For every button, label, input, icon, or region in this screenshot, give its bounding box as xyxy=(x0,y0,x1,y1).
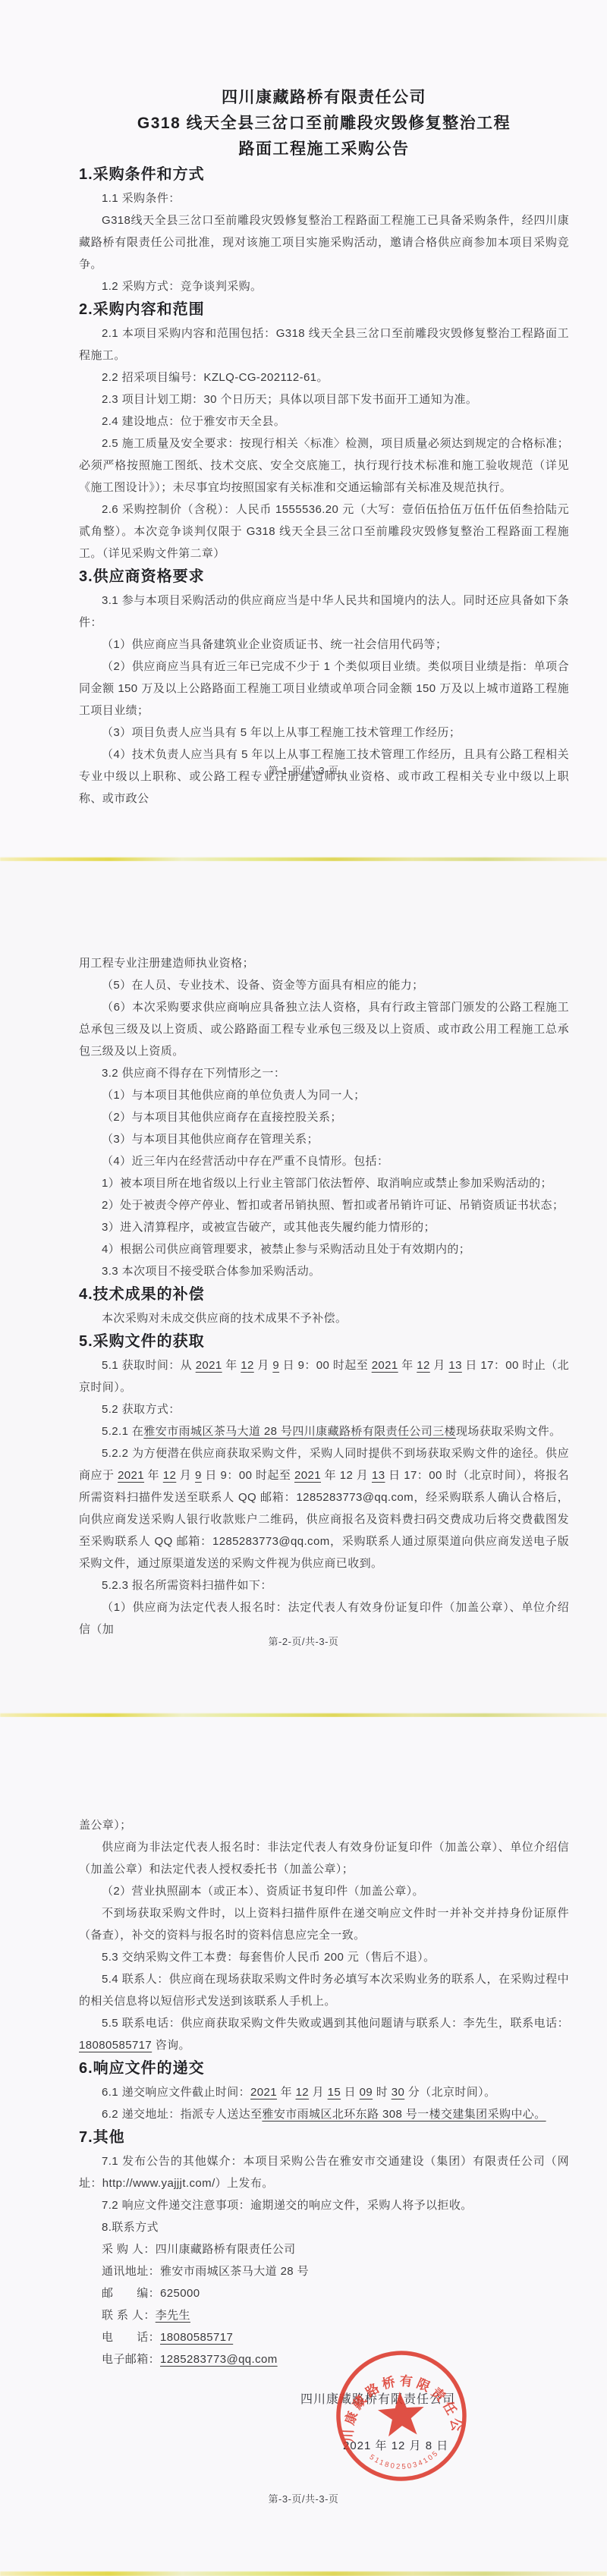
text-run: 日 9：00 时起至 xyxy=(202,1469,294,1482)
paragraph: 2.3 项目计划工期：30 个日历天；具体以项目部下发书面开工通知为准。 xyxy=(79,388,569,410)
paragraph: 不到场获取采购文件时，以上资料扫描件原件在递交响应文件时一并补交并持身份证原件（… xyxy=(79,1902,569,1946)
paragraph: （2）与本项目其他供应商存在直接控股关系； xyxy=(79,1106,569,1128)
text-run: 3）进入清算程序，或被宣告破产，或其他丧失履约能力情形的； xyxy=(102,1221,436,1234)
text-run: 年 12 月 xyxy=(321,1469,372,1482)
page-edge-separator xyxy=(0,2571,607,2576)
underlined-text-run: 1285283773@qq.com xyxy=(160,2353,278,2366)
paragraph: （3）与本项目其他供应商存在管理关系； xyxy=(79,1128,569,1150)
company-seal-stamp: 四川康藏路桥有限责任公司 5118025034105 xyxy=(328,2342,475,2490)
document-title-line: 路面工程施工采购公告 xyxy=(79,137,569,162)
underlined-text-run: 9 xyxy=(272,1359,279,1372)
text-run: 1）被本项目所在地省级以上行业主管部门依法暂停、取消响应或禁止参加采购活动的； xyxy=(102,1177,552,1190)
text-run: 6.1 递交响应文件截止时间： xyxy=(102,2086,250,2099)
paragraph: （2）供应商应当具有近三年已完成不少于 1 个类似项目业绩。类似项目业绩是指：单… xyxy=(79,656,569,722)
text-run: 月 xyxy=(254,1359,273,1372)
paragraph: （3）项目负责人应当具有 5 年以上从事工程施工技术管理工作经历； xyxy=(79,722,569,744)
underlined-text-run: 9 xyxy=(195,1469,202,1482)
text-run: 3.2 供应商不得存在下列情形之一： xyxy=(102,1067,285,1080)
text-run: 日 xyxy=(341,2086,360,2099)
paragraph: 邮 编：625000 xyxy=(79,2282,569,2304)
text-run: （2）供应商应当具有近三年已完成不少于 1 个类似项目业绩。类似项目业绩是指：单… xyxy=(79,660,569,717)
paragraph: 7.2 响应文件递交注意事项：逾期递交的响应文件，采购人将予以拒收。 xyxy=(79,2194,569,2216)
paragraph: 6.1 递交响应文件截止时间：2021 年 12 月 15 日 09 时 30 … xyxy=(79,2081,569,2103)
text-run: 供应商为非法定代表人报名时：非法定代表人有效身份证复印件（加盖公章）、单位介绍信… xyxy=(79,1841,569,1876)
text-run: （3）与本项目其他供应商存在管理关系； xyxy=(102,1133,319,1146)
paragraph: 2.2 招采项目编号：KZLQ-CG-202112-61。 xyxy=(79,366,569,388)
section-heading: 1.采购条件和方式 xyxy=(79,162,569,187)
text-run: 1.采购条件和方式 xyxy=(79,166,205,183)
underlined-text-run: 2021 xyxy=(118,1469,144,1482)
text-run: 6.2 递交地址：指派专人送达至 xyxy=(102,2108,262,2121)
text-run: 年 xyxy=(277,2086,296,2099)
paragraph: 4）根据公司供应商管理要求，被禁止参与采购活动且处于有效期内的； xyxy=(79,1238,569,1260)
underlined-text-run: 13 xyxy=(448,1359,462,1372)
document-title-line: G318 线天全县三岔口至前雕段灾毁修复整治工程 xyxy=(79,111,569,137)
text-run: 2.采购内容和范围 xyxy=(79,301,205,318)
text-run: （5）在人员、专业技术、设备、资金等方面具有相应的能力； xyxy=(102,979,424,992)
underlined-text-run: 18080585717 xyxy=(160,2331,233,2344)
text-run: （6）本次采购要求供应商响应具备独立法人资格，具有行政主管部门颁发的公路工程施工… xyxy=(79,1001,569,1058)
text-run: 通讯地址：雅安市雨城区茶马大道 28 号 xyxy=(102,2265,309,2278)
text-run: （2）与本项目其他供应商存在直接控股关系； xyxy=(102,1111,342,1124)
paragraph: 5.1 获取时间：从 2021 年 12 月 9 日 9：00 时起至 2021… xyxy=(79,1354,569,1398)
text-run: （3）项目负责人应当具有 5 年以上从事工程施工技术管理工作经历； xyxy=(102,726,461,739)
paragraph: 通讯地址：雅安市雨城区茶马大道 28 号 xyxy=(79,2260,569,2282)
text-run: 5.2.1 在 xyxy=(102,1425,143,1438)
underlined-text-run: 12 xyxy=(241,1359,254,1372)
underlined-text-run: 30 xyxy=(392,2086,405,2099)
text-run: 邮 编：625000 xyxy=(102,2287,200,2300)
paragraph: 3.1 参与本项目采购活动的供应商应当是中华人民共和国境内的法人。同时还应具备如… xyxy=(79,590,569,634)
paragraph: 3.2 供应商不得存在下列情形之一： xyxy=(79,1062,569,1084)
underlined-text-run: 2021 xyxy=(196,1359,222,1372)
text-run: 分（北京时间）。 xyxy=(404,2086,495,2099)
text-run: 2）处于被责令停产停业、暂扣或者吊销执照、暂扣或者吊销许可证、吊销资质证书状态； xyxy=(102,1199,564,1212)
text-run: 电子邮箱： xyxy=(102,2353,160,2366)
text-run: 电 话： xyxy=(102,2331,160,2344)
text-run: 5.2 获取方式： xyxy=(102,1403,181,1416)
text-run: 5.5 联系电话：供应商获取采购文件失败或遇到其他问题请与联系人：李先生，联系电… xyxy=(102,2017,569,2030)
paragraph: 5.5 联系电话：供应商获取采购文件失败或遇到其他问题请与联系人：李先生，联系电… xyxy=(79,2012,569,2056)
section-heading: 3.供应商资格要求 xyxy=(79,565,569,590)
text-run: 咨询。 xyxy=(152,2039,190,2052)
text-run: 8.联系方式 xyxy=(102,2221,159,2234)
text-run: 7.其他 xyxy=(79,2129,125,2146)
paragraph: （1）供应商应当具备建筑业企业资质证书、统一社会信用代码等； xyxy=(79,634,569,656)
text-run: 月 xyxy=(176,1469,195,1482)
paragraph: 7.1 发布公告的其他媒介：本项目采购公告在雅安市交通建设（集团）有限责任公司（… xyxy=(79,2150,569,2194)
paragraph: 电 话：18080585717 xyxy=(79,2326,569,2348)
paragraph: 用工程专业注册建造师执业资格； xyxy=(79,952,569,974)
paragraph: 1）被本项目所在地省级以上行业主管部门依法暂停、取消响应或禁止参加采购活动的； xyxy=(79,1172,569,1194)
document-title-line: 四川康藏路桥有限责任公司 xyxy=(79,85,569,111)
text-run: 采 购 人：四川康藏路桥有限责任公司 xyxy=(102,2243,296,2256)
underlined-text-run: 雅安市雨城区茶马大道 28 号四川康藏路桥有限责任公司三楼 xyxy=(143,1425,456,1438)
text-run: （2）营业执照副本（或正本）、资质证书复印件（加盖公章）。 xyxy=(102,1885,424,1898)
text-run: 2.5 施工质量及安全要求：按现行相关〈标准〉检测，项目质量必须达到规定的合格标… xyxy=(79,437,569,494)
text-run: 3.供应商资格要求 xyxy=(79,568,205,585)
paragraph: 6.2 递交地址：指派专人送达至雅安市雨城区北环东路 308 号一楼交建集团采购… xyxy=(79,2103,569,2125)
text-run: 2.3 项目计划工期：30 个日历天；具体以项目部下发书面开工通知为准。 xyxy=(102,393,477,406)
underlined-text-run: 15 xyxy=(328,2086,341,2099)
paragraph: 1.1 采购条件： xyxy=(79,187,569,209)
text-run: 3.1 参与本项目采购活动的供应商应当是中华人民共和国境内的法人。同时还应具备如… xyxy=(79,594,569,629)
text-run: 月 xyxy=(309,2086,328,2099)
paragraph: 5.2.3 报名所需资料扫描件如下： xyxy=(79,1574,569,1596)
paragraph: 电子邮箱：1285283773@qq.com xyxy=(79,2348,569,2370)
text-run: 联 系 人： xyxy=(102,2309,156,2322)
text-run: （1）与本项目其他供应商的单位负责人为同一人； xyxy=(102,1089,366,1102)
text-run: 5.3 交纳采购文件工本费：每套售价人民币 200 元（售后不退）。 xyxy=(102,1951,435,1964)
underlined-text-run: 12 xyxy=(417,1359,430,1372)
paragraph: 2.6 采购控制价（含税）：人民币 1555536.20 元（大写：壹佰伍拾伍万… xyxy=(79,499,569,565)
text-run: 年 xyxy=(222,1359,241,1372)
text-run: 2.4 建设地点：位于雅安市天全县。 xyxy=(102,415,285,428)
paragraph: 2）处于被责令停产停业、暂扣或者吊销执照、暂扣或者吊销许可证、吊销资质证书状态； xyxy=(79,1194,569,1216)
page-1-content: 四川康藏路桥有限责任公司G318 线天全县三岔口至前雕段灾毁修复整治工程路面工程… xyxy=(0,0,607,810)
document-page-3: 盖公章）；供应商为非法定代表人报名时：非法定代表人有效身份证复印件（加盖公章）、… xyxy=(0,1717,607,2571)
underlined-text-run: 雅安市雨城区北环东路 308 号一楼交建集团采购中心。 xyxy=(262,2108,546,2121)
paragraph: 2.1 本项目采购内容和范围包括：G318 线天全县三岔口至前雕段灾毁修复整治工… xyxy=(79,322,569,366)
paragraph: （2）营业执照副本（或正本）、资质证书复印件（加盖公章）。 xyxy=(79,1880,569,1902)
paragraph: （5）在人员、专业技术、设备、资金等方面具有相应的能力； xyxy=(79,974,569,996)
underlined-text-run: 09 xyxy=(360,2086,373,2099)
text-run: 本次采购对未成交供应商的技术成果不予补偿。 xyxy=(102,1312,347,1325)
page-1-footer: 第-1-页/共-3-页 xyxy=(0,763,607,777)
text-run: G318线天全县三岔口至前雕段灾毁修复整治工程路面工程施工已具备采购条件，经四川… xyxy=(79,214,569,271)
paragraph: 供应商为非法定代表人报名时：非法定代表人有效身份证复印件（加盖公章）、单位介绍信… xyxy=(79,1836,569,1880)
page-3-content: 盖公章）；供应商为非法定代表人报名时：非法定代表人有效身份证复印件（加盖公章）、… xyxy=(0,1717,607,2370)
text-run: 2.2 招采项目编号：KZLQ-CG-202112-61。 xyxy=(102,371,329,384)
paragraph: 采 购 人：四川康藏路桥有限责任公司 xyxy=(79,2238,569,2260)
underlined-text-run: 13 xyxy=(372,1469,385,1482)
text-run: 用工程专业注册建造师执业资格； xyxy=(79,957,254,970)
paragraph: 5.2.2 为方便潜在供应商获取采购文件，采购人同时提供不到场获取采购文件的途径… xyxy=(79,1442,569,1574)
text-run: 2.6 采购控制价（含税）：人民币 1555536.20 元（大写：壹佰伍拾伍万… xyxy=(79,503,569,560)
section-heading: 2.采购内容和范围 xyxy=(79,297,569,322)
text-run: 5.1 获取时间：从 xyxy=(102,1359,196,1372)
text-run: （1）供应商为法定代表人报名时：法定代表人有效身份证复印件（加盖公章）、单位介绍… xyxy=(79,1601,569,1636)
paragraph: 5.2 获取方式： xyxy=(79,1398,569,1420)
paragraph: G318线天全县三岔口至前雕段灾毁修复整治工程路面工程施工已具备采购条件，经四川… xyxy=(79,209,569,275)
text-run: 月 xyxy=(430,1359,449,1372)
text-run: 5.采购文件的获取 xyxy=(79,1333,205,1350)
page-3-footer: 第-3-页/共-3-页 xyxy=(0,2491,607,2505)
text-run: 现场获取采购文件。 xyxy=(456,1425,561,1438)
text-run: 7.2 响应文件递交注意事项：逾期递交的响应文件，采购人将予以拒收。 xyxy=(102,2199,473,2212)
text-run: 盖公章）； xyxy=(79,1819,132,1832)
section-heading: 5.采购文件的获取 xyxy=(79,1329,569,1354)
text-run: 年 xyxy=(144,1469,163,1482)
text-run: 时 xyxy=(373,2086,392,2099)
underlined-text-run: 2021 xyxy=(372,1359,398,1372)
text-run: 5.2.3 报名所需资料扫描件如下： xyxy=(102,1579,272,1592)
paragraph: 盖公章）； xyxy=(79,1814,569,1836)
text-run: 1.1 采购条件： xyxy=(102,192,181,205)
text-run: 2.1 本项目采购内容和范围包括：G318 线天全县三岔口至前雕段灾毁修复整治工… xyxy=(79,327,569,362)
paragraph: 5.2.1 在雅安市雨城区茶马大道 28 号四川康藏路桥有限责任公司三楼现场获取… xyxy=(79,1420,569,1442)
underlined-text-run: 2021 xyxy=(250,2086,277,2099)
paragraph: 8.联系方式 xyxy=(79,2216,569,2238)
underlined-text-run: 12 xyxy=(296,2086,310,2099)
paragraph: （4）近三年内在经营活动中存在严重不良情形。包括： xyxy=(79,1150,569,1172)
document-page-2: 用工程专业注册建造师执业资格；（5）在人员、专业技术、设备、资金等方面具有相应的… xyxy=(0,861,607,1713)
stamp-star xyxy=(376,2390,426,2437)
text-run: （4）近三年内在经营活动中存在严重不良情形。包括： xyxy=(102,1155,388,1168)
underlined-text-run: 李先生 xyxy=(156,2309,190,2322)
paragraph: 5.4 联系人：供应商在现场获取采购文件时务必填写本次采购业务的联系人，在采购过… xyxy=(79,1968,569,2012)
page-2-footer: 第-2-页/共-3-页 xyxy=(0,1634,607,1648)
paragraph: 2.5 施工质量及安全要求：按现行相关〈标准〉检测，项目质量必须达到规定的合格标… xyxy=(79,432,569,499)
paragraph: 2.4 建设地点：位于雅安市天全县。 xyxy=(79,410,569,432)
underlined-text-run: 12 xyxy=(163,1469,177,1482)
text-run: 日 17：00 时（北京时间），将报名所需资料扫描件发送至联系人 QQ 邮箱：1… xyxy=(79,1469,569,1570)
text-run: （1）供应商应当具备建筑业企业资质证书、统一社会信用代码等； xyxy=(102,638,447,651)
document-page-1: 四川康藏路桥有限责任公司G318 线天全县三岔口至前雕段灾毁修复整治工程路面工程… xyxy=(0,0,607,857)
text-run: 年 xyxy=(398,1359,417,1372)
page-2-content: 用工程专业注册建造师执业资格；（5）在人员、专业技术、设备、资金等方面具有相应的… xyxy=(0,861,607,1640)
underlined-text-run: 18080585717 xyxy=(79,2039,152,2052)
paragraph: （6）本次采购要求供应商响应具备独立法人资格，具有行政主管部门颁发的公路工程施工… xyxy=(79,996,569,1062)
text-run: 5.4 联系人：供应商在现场获取采购文件时务必填写本次采购业务的联系人，在采购过… xyxy=(79,1973,569,2008)
paragraph: 3.3 本次项目不接受联合体参加采购活动。 xyxy=(79,1260,569,1282)
text-run: 路面工程施工采购公告 xyxy=(239,140,410,158)
paragraph: 本次采购对未成交供应商的技术成果不予补偿。 xyxy=(79,1307,569,1329)
section-heading: 7.其他 xyxy=(79,2125,569,2150)
text-run: 1.2 采购方式：竞争谈判采购。 xyxy=(102,280,262,293)
underlined-text-run: 2021 xyxy=(294,1469,321,1482)
text-run: 7.1 发布公告的其他媒介：本项目采购公告在雅安市交通建设（集团）有限责任公司（… xyxy=(79,2155,569,2190)
paragraph: 5.3 交纳采购文件工本费：每套售价人民币 200 元（售后不退）。 xyxy=(79,1946,569,1968)
text-run: G318 线天全县三岔口至前雕段灾毁修复整治工程 xyxy=(137,115,511,132)
text-run: 不到场获取采购文件时，以上资料扫描件原件在递交响应文件时一并补交并持身份证原件（… xyxy=(79,1907,569,1942)
section-heading: 6.响应文件的递交 xyxy=(79,2056,569,2081)
text-run: 4.技术成果的补偿 xyxy=(79,1286,205,1303)
text-run: 6.响应文件的递交 xyxy=(79,2060,205,2077)
paragraph: （1）与本项目其他供应商的单位负责人为同一人； xyxy=(79,1084,569,1106)
text-run: 日 9：00 时起至 xyxy=(279,1359,372,1372)
text-run: 4）根据公司供应商管理要求，被禁止参与采购活动且处于有效期内的； xyxy=(102,1243,470,1256)
section-heading: 4.技术成果的补偿 xyxy=(79,1282,569,1307)
scanned-document: 四川康藏路桥有限责任公司G318 线天全县三岔口至前雕段灾毁修复整治工程路面工程… xyxy=(0,0,607,2576)
paragraph: 联 系 人：李先生 xyxy=(79,2304,569,2326)
paragraph: 1.2 采购方式：竞争谈判采购。 xyxy=(79,275,569,297)
paragraph: 3）进入清算程序，或被宣告破产，或其他丧失履约能力情形的； xyxy=(79,1216,569,1238)
text-run: 四川康藏路桥有限责任公司 xyxy=(222,89,426,106)
text-run: 3.3 本次项目不接受联合体参加采购活动。 xyxy=(102,1265,320,1278)
